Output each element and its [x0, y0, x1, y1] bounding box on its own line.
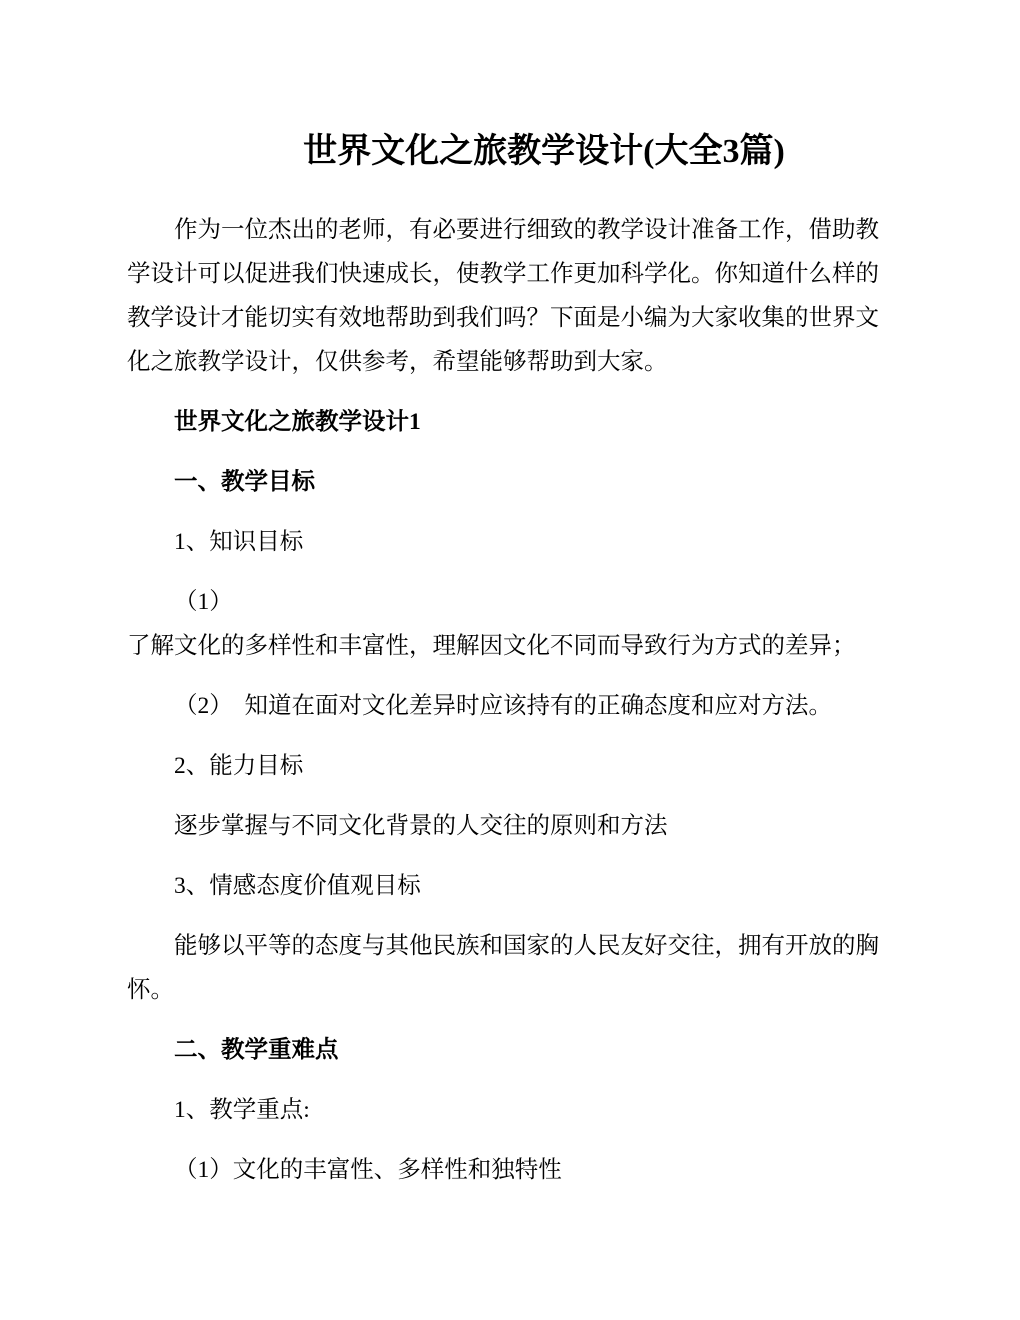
subtitle-design-1: 世界文化之旅教学设计1 [127, 400, 893, 444]
document-page: 世界文化之旅教学设计(大全3篇) 作为一位杰出的老师，有必要进行细致的教学设计准… [0, 0, 1020, 1320]
heading-key-difficult-points: 二、教学重难点 [127, 1028, 893, 1072]
document-title: 世界文化之旅教学设计(大全3篇) [127, 128, 893, 176]
item-ability-detail: 逐步掌握与不同文化背景的人交往的原则和方法 [127, 804, 893, 848]
item-emotion-detail: 能够以平等的态度与其他民族和国家的人民友好交往，拥有开放的胸 怀。 [127, 924, 893, 1012]
item-ability-goal: 2、能力目标 [127, 744, 893, 788]
item-key-point-1: （1）文化的丰富性、多样性和独特性 [127, 1148, 893, 1192]
item-knowledge-detail-2: （2） 知道在面对文化差异时应该持有的正确态度和应对方法。 [127, 684, 893, 728]
item-knowledge-goal: 1、知识目标 [127, 520, 893, 564]
item-knowledge-detail-1: （1） 了解文化的多样性和丰富性，理解因文化不同而导致行为方式的差异； [127, 580, 893, 668]
heading-teaching-goals: 一、教学目标 [127, 460, 893, 504]
item-emotion-goal: 3、情感态度价值观目标 [127, 864, 893, 908]
item-teaching-key-point: 1、教学重点: [127, 1088, 893, 1132]
intro-paragraph: 作为一位杰出的老师，有必要进行细致的教学设计准备工作，借助教 学设计可以促进我们… [127, 208, 893, 384]
